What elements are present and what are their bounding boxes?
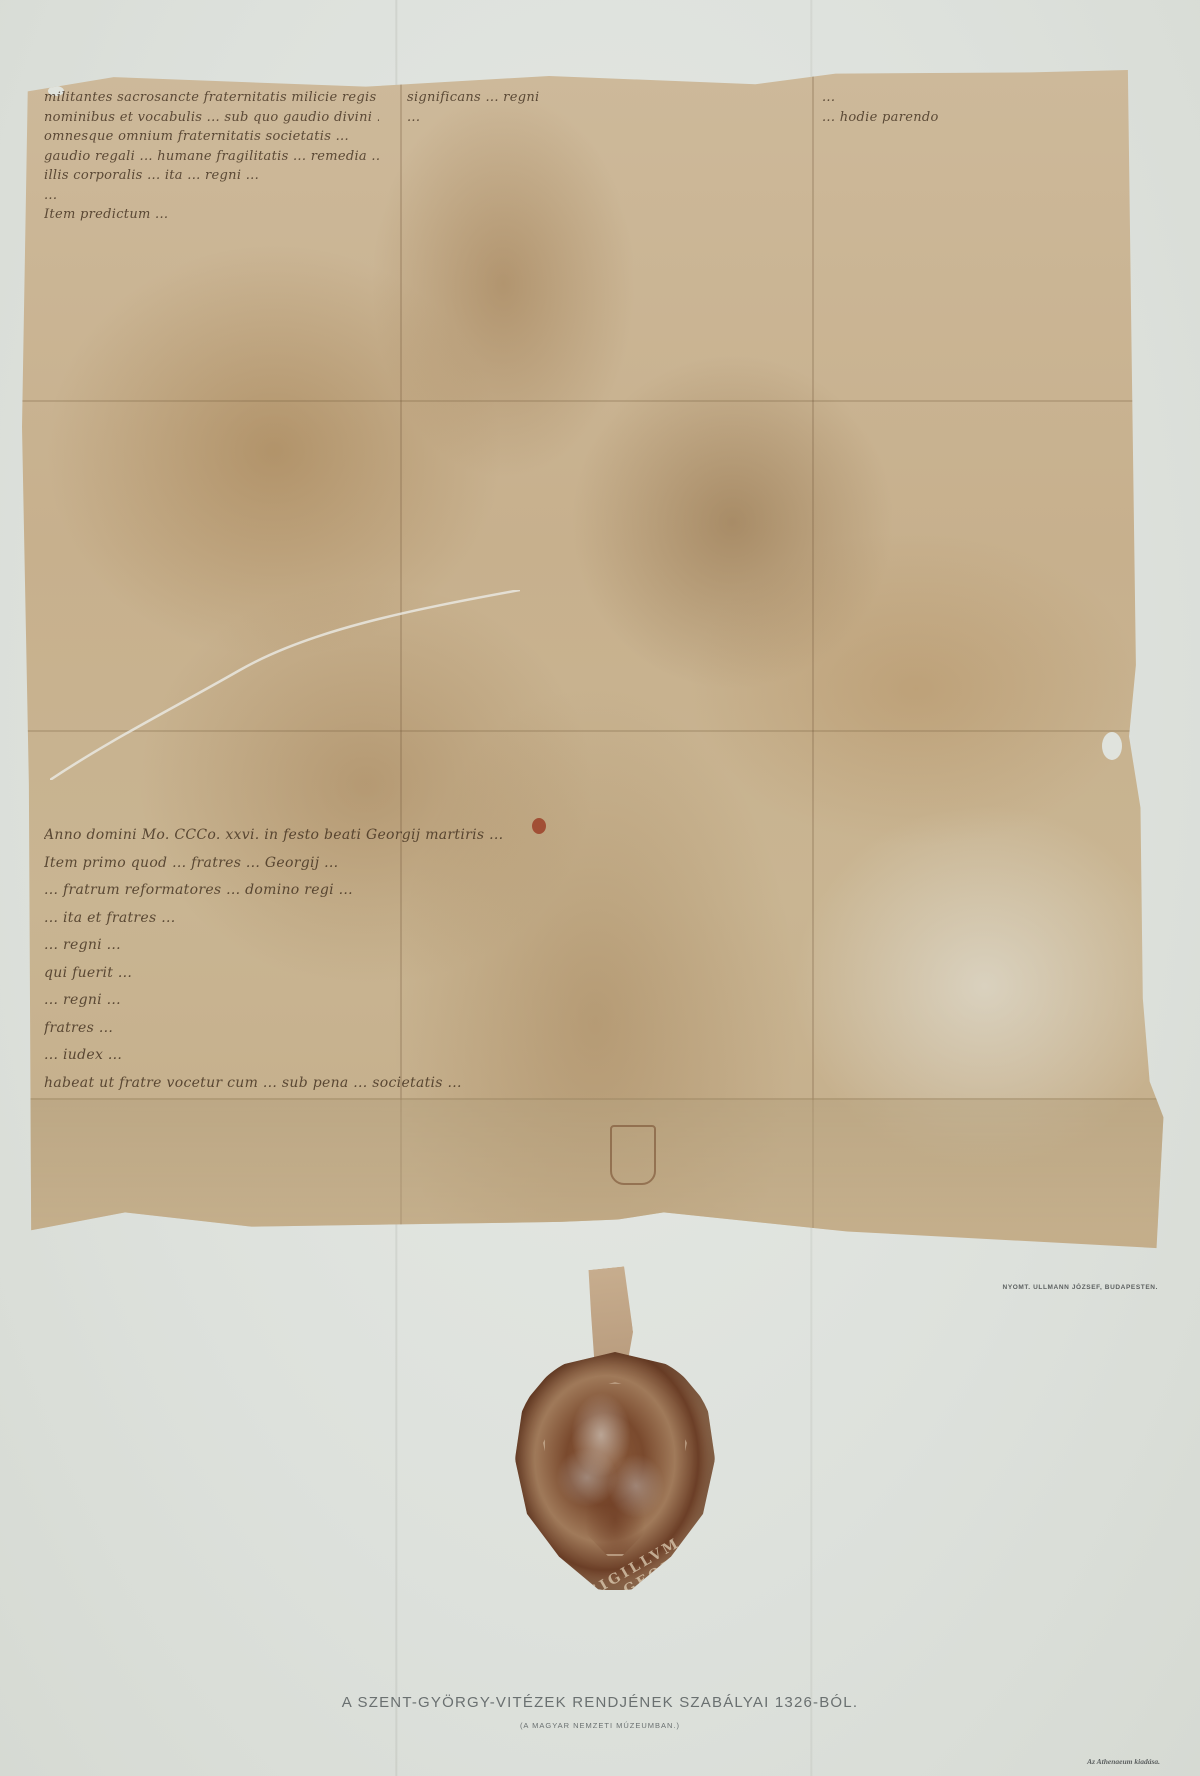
manuscript-column-middle: significans ... regni ... — [407, 88, 787, 127]
manuscript-line: Item primo quod ... fratres ... Georgij … — [44, 850, 1144, 878]
publisher-credit: Az Athenaeum kiadása. — [1087, 1757, 1160, 1766]
manuscript-line: Anno domini Mo. CCCo. xxvi. in festo bea… — [44, 822, 1144, 850]
seal-st-george-image — [543, 1382, 687, 1556]
manuscript-line: ... ita et fratres ... — [44, 905, 1144, 933]
manuscript-line: significans ... regni — [407, 88, 787, 108]
manuscript-line: qui fuerit ... — [44, 960, 1144, 988]
plate-subcaption: (A MAGYAR NEMZETI MÚZEUMBAN.) — [0, 1721, 1200, 1730]
manuscript-line: ... regni ... — [44, 932, 1144, 960]
manuscript-line: gaudio regali ... humane fragilitatis ..… — [44, 147, 379, 167]
manuscript-line: omnesque omnium fraternitatis societatis… — [44, 127, 379, 147]
parchment-hole — [1102, 732, 1122, 760]
manuscript-line: nominibus et vocabulis ... sub quo gaudi… — [44, 108, 379, 128]
manuscript-line: illis corporalis ... ita ... regni ... — [44, 166, 379, 186]
fold-line — [22, 400, 1168, 402]
manuscript-line: ... fratrum reformatores ... domino regi… — [44, 877, 1144, 905]
fold-strip — [22, 1098, 1168, 1230]
manuscript-column-right: ... ... hodie parendo — [822, 88, 1112, 127]
manuscript-line: Item predictum ... — [44, 205, 245, 225]
printer-credit: NYOMT. ULLMANN JÓZSEF, BUDAPESTEN. — [1003, 1284, 1158, 1291]
manuscript-column-left: militantes sacrosancte fraternitatis mil… — [44, 88, 379, 225]
seal-cord-slot — [610, 1125, 656, 1185]
manuscript-line: militantes sacrosancte fraternitatis mil… — [44, 88, 379, 108]
manuscript-closing-text: Anno domini Mo. CCCo. xxvi. in festo bea… — [44, 822, 1144, 1097]
plate-caption: A SZENT-GYÖRGY-VITÉZEK RENDJÉNEK SZABÁLY… — [0, 1694, 1200, 1711]
parchment-charter: militantes sacrosancte fraternitatis mil… — [22, 70, 1168, 1260]
manuscript-line: ... iudex ... — [44, 1042, 1144, 1070]
manuscript-line: ... — [822, 88, 1112, 108]
manuscript-line: habeat ut fratre vocetur cum ... sub pen… — [44, 1070, 1144, 1098]
manuscript-line: ... — [44, 186, 379, 206]
manuscript-line: fratres ... — [44, 1015, 1144, 1043]
manuscript-line: ... — [407, 108, 787, 128]
manuscript-line: ... regni ... — [44, 987, 1144, 1015]
crease-tear — [50, 590, 520, 780]
manuscript-line: ... hodie parendo — [822, 108, 996, 128]
